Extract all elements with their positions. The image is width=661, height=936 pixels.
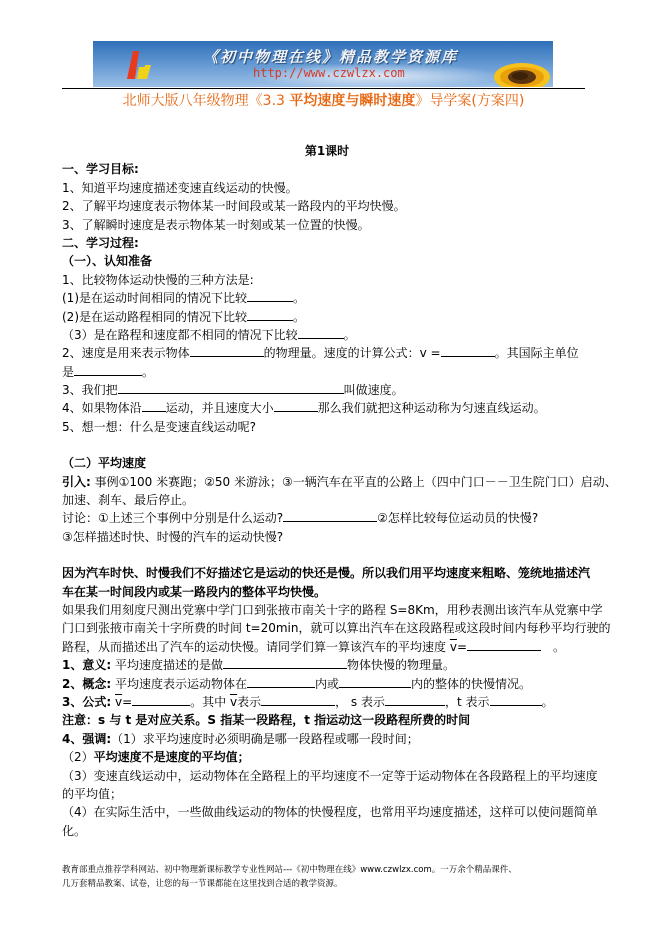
emphasis-line: （3）变速直线运动中，运动物体在全路程上的平均速度不一定等于运动物体在各段路程上… [62,767,592,785]
discussion-b: ②怎样比较每位运动员的快慢? [377,511,538,525]
answer-blank[interactable] [247,675,315,688]
answer-blank[interactable] [441,344,495,357]
concept-label: 2、概念: [62,677,111,691]
title-suffix: 》导学案(方案四) [415,93,524,109]
v-bar-symbol: v [450,640,457,654]
objective-item: 3、了解瞬时速度是表示物体某一时刻或某一位置的快慢。 [62,216,592,234]
answer-blank[interactable] [223,656,347,669]
q2-text-a: 2、速度是用来表示物体 [62,346,190,360]
section1-heading: 一、学习目标: [62,160,592,178]
header-rule [62,88,585,89]
q4-text-b: 运动，并且速度大小 [166,401,274,415]
site-logo-icon [123,49,157,83]
answer-blank[interactable] [247,289,293,302]
q1a-text: (1)是在运动时间相同的情况下比较 [62,291,247,305]
end-mark: 。 [293,310,305,324]
answer-blank[interactable] [132,693,190,706]
example-line: 路程，从而描述出了汽车的运动快慢。请同学们算一算该汽车的平均速度 v=。 [62,638,592,656]
q2-text-d: 是 [62,365,74,379]
discussion-a: 讨论：①上述三个事例中分别是什么运动? [62,511,283,525]
q1c-text: （3）是在路程和速度都不相同的情况下比较 [62,328,298,342]
spacer [62,546,592,564]
emphasis-line: （2）平均速度不是速度的平均值； [62,748,592,766]
title-prefix: 北师大版八年级物理《3.3 [123,93,290,109]
question-2-cont: 是。 [62,363,592,381]
q4-text-c: 那么我们就把这种运动称为匀速直线运动。 [318,401,546,415]
emphasis-2-prefix: （2） [62,750,94,764]
page-footer: 教育部重点推荐学科网站、初中物理新课标教学专业性网站---《初中物理在线》www… [62,863,622,891]
answer-blank[interactable] [190,344,264,357]
intro-line: 引入: 事例①100 米赛跑；②50 米游泳；③一辆汽车在平直的公路上（四中门口… [62,473,592,491]
emphasis-line: 4、强调:（1）求平均速度时必须明确是哪一段路程或哪一段时间； [62,730,592,748]
answer-blank[interactable] [261,693,335,706]
emphasis-label: 4、强调: [62,732,111,746]
answer-blank[interactable] [385,693,445,706]
intro-text: 事例①100 米赛跑；②50 米游泳；③一辆汽车在平直的公路上（四中门口－－卫生… [91,475,617,489]
answer-blank[interactable] [118,381,344,394]
equals-sign: = [457,640,467,654]
question-5: 5、想一想：什么是变速直线运动呢? [62,418,592,436]
question-1a: (1)是在运动时间相同的情况下比较。 [62,289,592,307]
end-mark: 。 [541,640,565,654]
discussion-line: 讨论：①上述三个事例中分别是什么运动?②怎样比较每位运动员的快慢? [62,509,592,527]
lesson-heading: 第1课时 [62,142,592,160]
answer-blank[interactable] [467,638,541,651]
document-body: 第1课时 一、学习目标: 1、知道平均速度描述变速直线运动的快慢。 2、了解平均… [62,142,592,840]
spacer [62,436,592,454]
question-1b: (2)是在运动路程相同的情况下比较。 [62,308,592,326]
emphasis-line: （4）在实际生活中，一些做曲线运动的物体的快慢程度，也常用平均速度描述，这样可以… [62,803,592,821]
objective-item: 2、了解平均速度表示物体某一时间段或某一路段内的平均快慢。 [62,197,592,215]
footer-line: 几万套精品教案、试卷，让您的每一节课都能在这里找到合适的教学资源。 [62,877,622,891]
meaning-text-b: 物体快慢的物理量。 [347,658,455,672]
answer-blank[interactable] [283,509,377,522]
end-mark: 。 [293,291,305,305]
example-line: 如果我们用刻度尺测出党寨中学门口到张掖市南关十字的路程 S=8Km，用秒表测出该… [62,601,592,619]
meaning-label: 1、意义: [62,658,111,672]
sunflower-icon [493,57,551,87]
part2-heading: （二）平均速度 [62,454,592,472]
answer-blank[interactable] [142,399,166,412]
question-1c: （3）是在路程和速度都不相同的情况下比较。 [62,326,592,344]
answer-blank[interactable] [298,326,344,339]
emphasis-line: 的平均值； [62,785,592,803]
end-mark: 。 [542,695,554,709]
formula-text-d: ， s 表示 [335,695,385,709]
formula-label: 3、公式: [62,695,111,709]
formula-text-b: 。其中 [190,695,230,709]
question-1: 1、比较物体运动快慢的三种方法是: [62,271,592,289]
question-3: 3、我们把叫做速度。 [62,381,592,399]
answer-blank[interactable] [274,399,318,412]
meaning-text-a: 平均速度描述的是做 [111,658,223,672]
emphasis-1: （1）求平均速度时必须明确是哪一段路程或哪一段时间； [111,732,419,746]
question-2: 2、速度是用来表示物体的物理量。速度的计算公式：v =。其国际主单位 [62,344,592,362]
banner-title: 《初中物理在线》精品教学资源库 [203,46,458,67]
meaning-line: 1、意义: 平均速度描述的是做物体快慢的物理量。 [62,656,592,674]
concept-text-c: 内的整体的快慢情况。 [411,677,531,691]
q2-text-c: 。其国际主单位 [495,346,579,360]
formula-text-e: ，t 表示 [445,695,490,709]
q2-text-b: 的物理量。速度的计算公式：v = [264,346,441,360]
example-text: 路程，从而描述出了汽车的运动快慢。请同学们算一算该汽车的平均速度 [62,640,450,654]
q3-text-a: 3、我们把 [62,383,118,397]
q4-text-a: 4、如果物体沿 [62,401,142,415]
title-bold: 平均速度与瞬时速度 [289,93,415,109]
answer-blank[interactable] [490,693,542,706]
concept-text-a: 平均速度表示运动物体在 [111,677,247,691]
q3-text-b: 叫做速度。 [344,383,404,397]
answer-blank[interactable] [339,675,411,688]
intro-label: 引入: [62,475,91,489]
equals-sign: = [122,695,132,709]
question-4: 4、如果物体沿运动，并且速度大小那么我们就把这种运动称为匀速直线运动。 [62,399,592,417]
formula-line: 3、公式: v=。其中 v表示， s 表示，t 表示。 [62,693,592,711]
site-banner: 《初中物理在线》精品教学资源库 http://www.czwlzx.com [93,41,553,87]
formula-text-c: 表示 [237,695,261,709]
note-line: 注意：s 与 t 是对应关系。S 指某一段路程，t 指运动这一段路程所费的时间 [62,711,592,729]
concept-line: 2、概念: 平均速度表示运动物体在内或内的整体的快慢情况。 [62,675,592,693]
q1b-text: (2)是在运动路程相同的情况下比较 [62,310,247,324]
banner-url: http://www.czwlzx.com [253,66,405,80]
objective-item: 1、知道平均速度描述变速直线运动的快慢。 [62,179,592,197]
end-mark: 。 [142,365,154,379]
end-mark: 。 [344,328,356,342]
discussion-line-2: ③怎样描述时快、时慢的汽车的运动快慢? [62,528,592,546]
concept-text-b: 内或 [315,677,339,691]
footer-line: 教育部重点推荐学科网站、初中物理新课标教学专业性网站---《初中物理在线》www… [62,863,622,877]
document-title: 北师大版八年级物理《3.3 平均速度与瞬时速度》导学案(方案四) [62,90,585,110]
example-line: 门口到张掖市南关十字所费的时间 t=20min，就可以算出汽车在这段路程或这段时… [62,619,592,637]
answer-blank[interactable] [74,363,142,376]
part1-heading: （一）、认知准备 [62,252,592,270]
intro-line-2: 加速、刹车、最后停止。 [62,491,592,509]
bold-paragraph-line: 车在某一时间段内或某一路段内的整体平均快慢。 [62,583,592,601]
emphasis-line: 化。 [62,822,592,840]
section2-heading: 二、学习过程: [62,234,592,252]
bold-paragraph-line: 因为汽车时快、时慢我们不好描述它是运动的快还是慢。所以我们用平均速度来粗略、笼统… [62,564,592,582]
answer-blank[interactable] [247,308,293,321]
emphasis-2-bold: 平均速度不是速度的平均值； [94,750,250,764]
